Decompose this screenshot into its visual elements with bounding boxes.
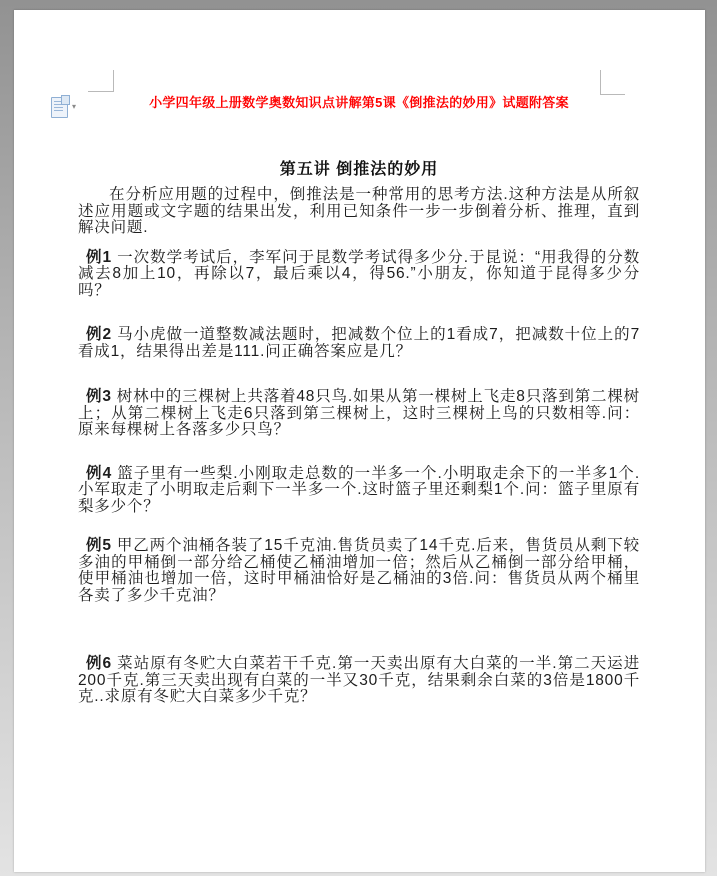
- example-paragraph-3: 例3树林中的三棵树上共落着48只鸟.如果从第一棵树上飞走8只落到第二棵树上；从第…: [78, 389, 640, 439]
- document-content: 小学四年级上册数学奥数知识点讲解第5课《倒推法的妙用》试题附答案 第五讲 倒推法…: [78, 10, 640, 706]
- example-text: 菜站原有冬贮大白菜若干千克.第一天卖出原有大白菜的一半.第二天运进200千克.第…: [78, 655, 640, 705]
- intro-paragraph: 在分析应用题的过程中，倒推法是一种常用的思考方法.这种方法是从所叙述应用题或文字…: [78, 187, 640, 237]
- example-text: 一次数学考试后，李军问于昆数学考试得多少分.于昆说：“用我得的分数减去8加上10…: [78, 249, 640, 299]
- example-paragraph-6: 例6菜站原有冬贮大白菜若干千克.第一天卖出原有大白菜的一半.第二天运进200千克…: [78, 656, 640, 706]
- example-text: 马小虎做一道整数减法题时，把减数个位上的1看成7，把减数十位上的7看成1，结果得…: [78, 326, 640, 360]
- example-label: 例6: [86, 655, 112, 672]
- example-label: 例4: [86, 465, 112, 482]
- example-paragraph-4: 例4篮子里有一些梨.小刚取走总数的一半多一个.小明取走余下的一半多1个.小军取走…: [78, 466, 640, 516]
- chevron-down-icon: ▾: [72, 103, 76, 111]
- example-label: 例3: [86, 388, 112, 405]
- example-paragraph-5: 例5甲乙两个油桶各装了15千克油.售货员卖了14千克.后来，售货员从剩下较多油的…: [78, 538, 640, 604]
- example-label: 例5: [86, 537, 112, 554]
- example-paragraph-2: 例2马小虎做一道整数减法题时，把减数个位上的1看成7，把减数十位上的7看成1，结…: [78, 327, 640, 360]
- example-text: 篮子里有一些梨.小刚取走总数的一半多一个.小明取走余下的一半多1个.小军取走了小…: [78, 465, 640, 515]
- document-page: ▾ 小学四年级上册数学奥数知识点讲解第5课《倒推法的妙用》试题附答案 第五讲 倒…: [14, 10, 705, 872]
- lesson-heading: 第五讲 倒推法的妙用: [78, 159, 640, 180]
- paste-options-icon: [51, 97, 68, 118]
- example-text: 树林中的三棵树上共落着48只鸟.如果从第一棵树上飞走8只落到第二棵树上；从第二棵…: [78, 388, 640, 438]
- document-header-title: 小学四年级上册数学奥数知识点讲解第5课《倒推法的妙用》试题附答案: [78, 95, 640, 111]
- example-label: 例1: [86, 249, 112, 266]
- example-paragraph-1: 例1一次数学考试后，李军问于昆数学考试得多少分.于昆说：“用我得的分数减去8加上…: [78, 250, 640, 300]
- example-text: 甲乙两个油桶各装了15千克油.售货员卖了14千克.后来，售货员从剩下较多油的甲桶…: [78, 537, 640, 604]
- example-label: 例2: [86, 326, 112, 343]
